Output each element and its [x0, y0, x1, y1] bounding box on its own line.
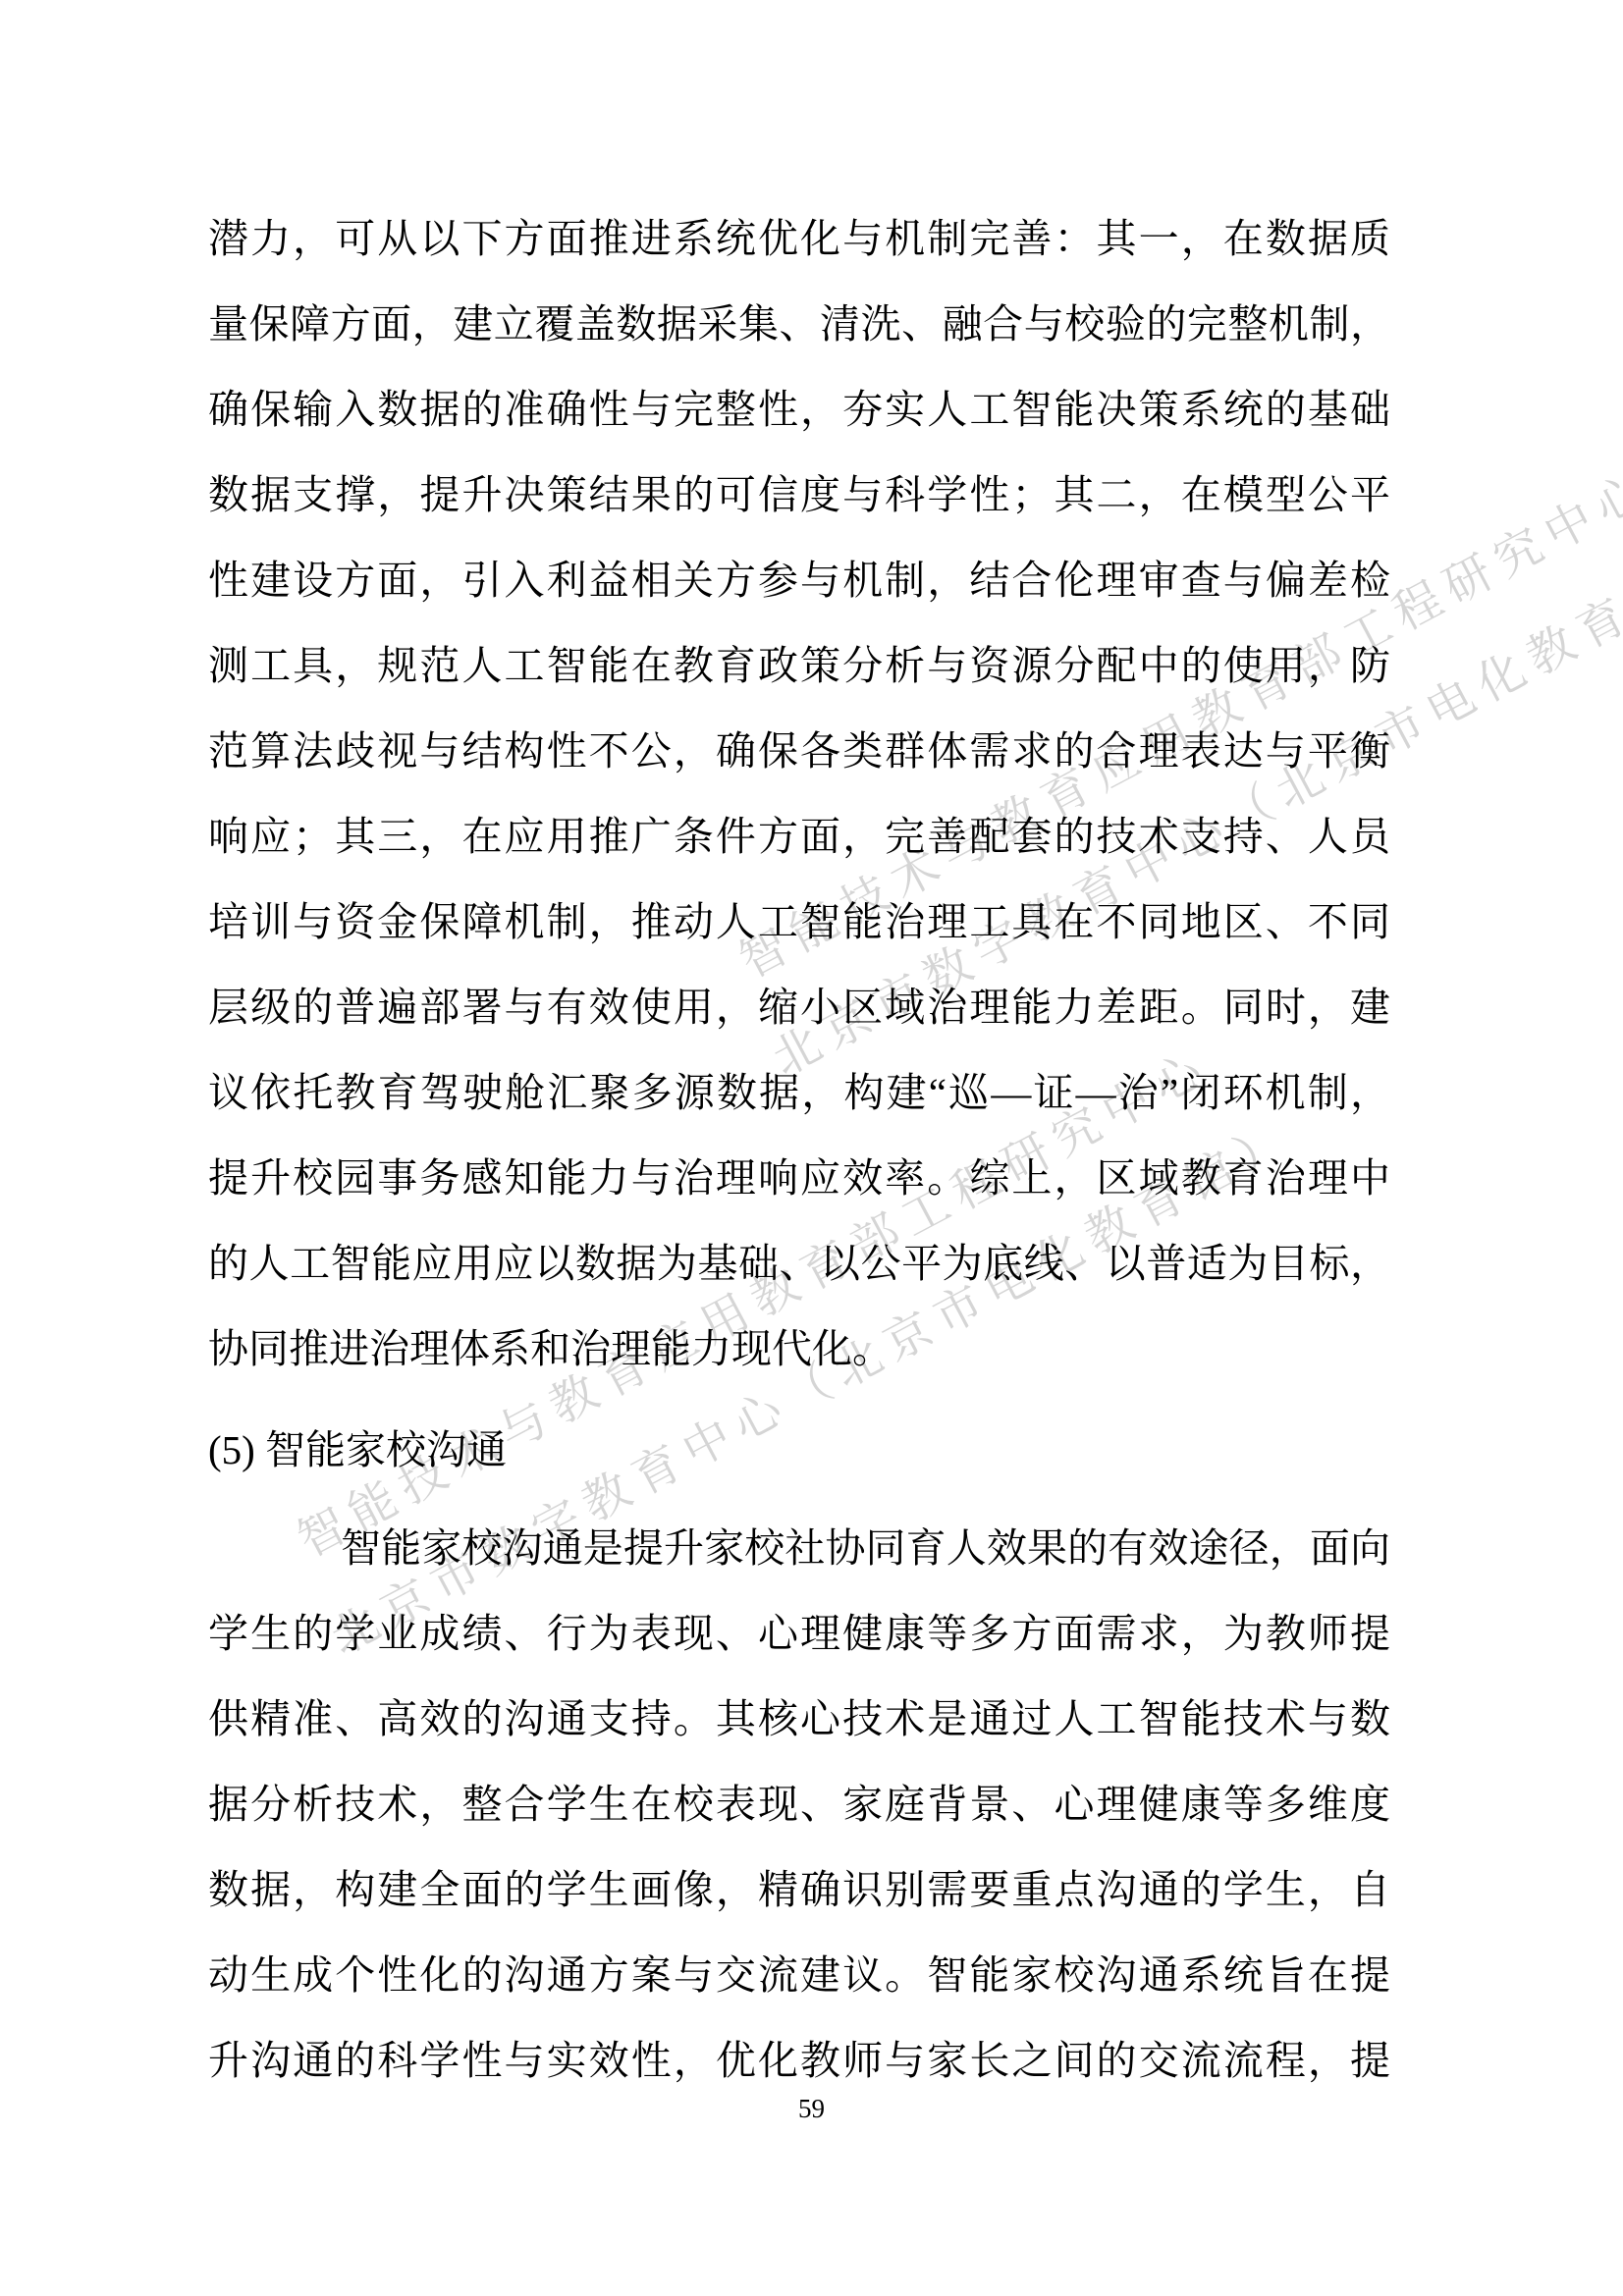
- body-line: 提升校园事务感知能力与治理响应效率。综上，区域教育治理中: [208, 1136, 1390, 1221]
- body-line: 动生成个性化的沟通方案与交流建议。智能家校沟通系统旨在提: [208, 1933, 1390, 2018]
- body-line: 供精准、高效的沟通支持。其核心技术是通过人工智能技术与数: [208, 1677, 1390, 1762]
- document-page: 智能技术与教育应用教育部工程研究中心 北京市数字教育中心（北京市电化教育馆） 智…: [0, 0, 1623, 2296]
- section-heading: (5) 智能家校沟通: [208, 1408, 1390, 1493]
- body-line: 测工具，规范人工智能在教育政策分析与资源分配中的使用，防: [208, 623, 1390, 709]
- body-line: 数据支撑，提升决策结果的可信度与科学性；其二，在模型公平: [208, 453, 1390, 538]
- body-line: 范算法歧视与结构性不公，确保各类群体需求的合理表达与平衡: [208, 709, 1390, 794]
- section-heading-block: (5) 智能家校沟通: [208, 1408, 1390, 1493]
- body-line: 据分析技术，整合学生在校表现、家庭背景、心理健康等多维度: [208, 1762, 1390, 1847]
- body-line: 议依托教育驾驶舱汇聚多源数据，构建“巡—证—治”闭环机制，: [208, 1050, 1390, 1136]
- body-line: 性建设方面，引入利益相关方参与机制，结合伦理审查与偏差检: [208, 538, 1390, 623]
- body-line: 层级的普遍部署与有效使用，缩小区域治理能力差距。同时，建: [208, 965, 1390, 1050]
- body-line: 数据，构建全面的学生画像，精确识别需要重点沟通的学生，自: [208, 1847, 1390, 1933]
- body-line: 协同推进治理体系和治理能力现代化。: [208, 1307, 1390, 1392]
- body-line: 潜力，可从以下方面推进系统优化与机制完善：其一，在数据质: [208, 196, 1390, 282]
- body-line: 学生的学业成绩、行为表现、心理健康等多方面需求，为教师提: [208, 1591, 1390, 1677]
- body-line: 智能家校沟通是提升家校社协同育人效果的有效途径，面向: [208, 1506, 1390, 1591]
- body-line: 培训与资金保障机制，推动人工智能治理工具在不同地区、不同: [208, 880, 1390, 965]
- paragraph-governance: 潜力，可从以下方面推进系统优化与机制完善：其一，在数据质 量保障方面，建立覆盖数…: [208, 196, 1390, 1392]
- body-line: 响应；其三，在应用推广条件方面，完善配套的技术支持、人员: [208, 794, 1390, 880]
- body-line: 的人工智能应用应以数据为基础、以公平为底线、以普适为目标，: [208, 1221, 1390, 1307]
- body-line: 量保障方面，建立覆盖数据采集、清洗、融合与校验的完整机制，: [208, 282, 1390, 367]
- paragraph-home-school: 智能家校沟通是提升家校社协同育人效果的有效途径，面向 学生的学业成绩、行为表现、…: [208, 1506, 1390, 2104]
- body-line: 确保输入数据的准确性与完整性，夯实人工智能决策系统的基础: [208, 367, 1390, 453]
- page-number: 59: [0, 2089, 1623, 2128]
